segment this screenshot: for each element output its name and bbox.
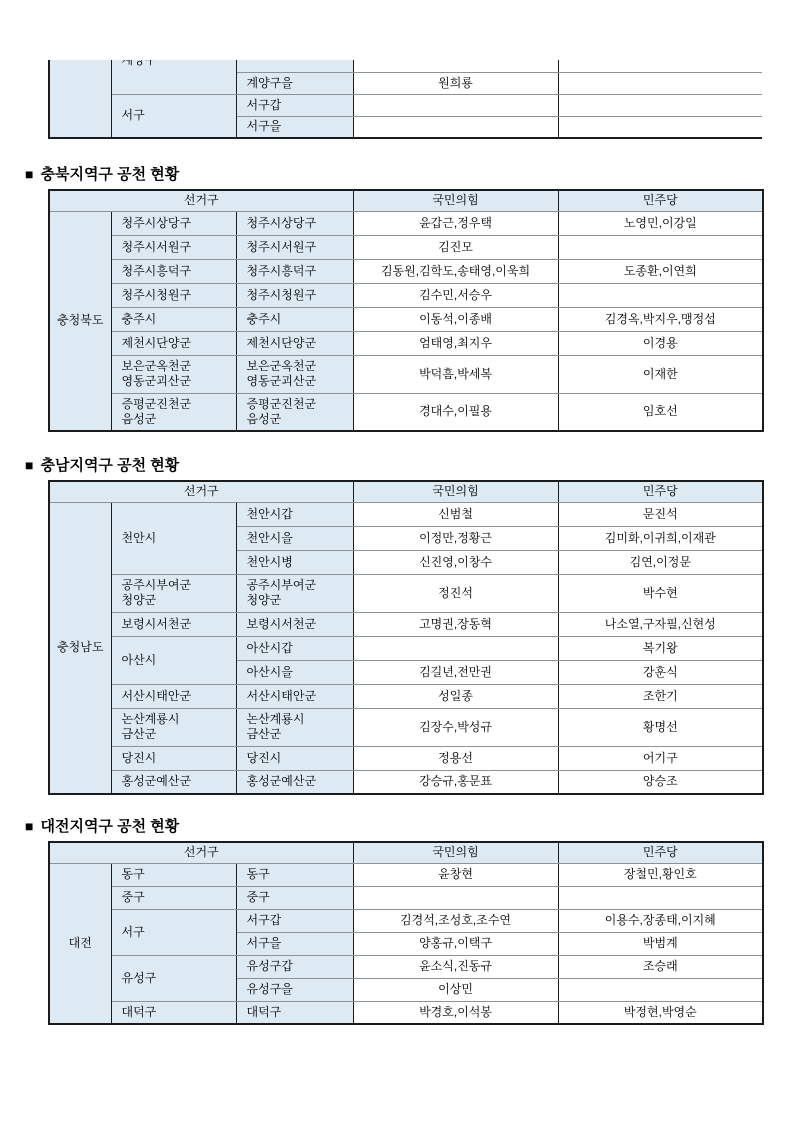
district-cell: 당진시	[111, 746, 236, 770]
section-chungnam: ■충남지역구 공천 현황 선거구국민의힘민주당충청남도천안시천안시갑신범철문진석…	[48, 456, 762, 795]
square-bullet-icon: ■	[25, 166, 33, 182]
subdistrict-cell: 동구	[236, 863, 353, 886]
subdistrict-cell: 서구갑	[236, 94, 353, 116]
dp-candidates-cell: 김연,이정문	[558, 550, 763, 574]
subdistrict-cell	[236, 60, 353, 72]
subdistrict-cell: 제천시단양군	[236, 331, 353, 355]
subdistrict-cell: 서산시태안군	[236, 684, 353, 708]
header-constituency: 선거구	[49, 481, 353, 502]
district-cell: 증평군진천군 음성군	[111, 393, 236, 431]
table-row: 보령시서천군보령시서천군고명권,장동혁나소열,구자필,신현성	[49, 612, 763, 636]
dp-candidates-cell: 임호선	[558, 393, 763, 431]
district-cell: 보령시서천군	[111, 612, 236, 636]
ppp-candidates-cell: 윤갑근,정우택	[353, 211, 558, 235]
district-cell: 서산시태안군	[111, 684, 236, 708]
header-ppp: 국민의힘	[353, 481, 558, 502]
ppp-candidates-cell: 정용선	[353, 746, 558, 770]
district-cell: 청주시서원구	[111, 235, 236, 259]
table-row: 충청북도청주시상당구청주시상당구윤갑근,정우택노영민,이강일	[49, 211, 763, 235]
dp-candidates-cell: 황명선	[558, 708, 763, 746]
table-header-row: 선거구국민의힘민주당	[49, 481, 763, 502]
subdistrict-cell: 홍성군예산군	[236, 770, 353, 794]
ppp-candidates-cell: 경대수,이필용	[353, 393, 558, 431]
subdistrict-cell: 유성구을	[236, 978, 353, 1001]
ppp-candidates-cell: 이동석,이종배	[353, 307, 558, 331]
district-cell: 청주시상당구	[111, 211, 236, 235]
ppp-candidates-cell: 김경석,조성호,조수연	[353, 909, 558, 932]
subdistrict-cell: 보은군옥천군 영동군괴산군	[236, 355, 353, 393]
ppp-candidates-cell: 윤소식,진동규	[353, 955, 558, 978]
subdistrict-cell: 논산계룡시 금산군	[236, 708, 353, 746]
table-row: 서구서구갑	[49, 94, 762, 116]
ppp-candidates-cell	[353, 886, 558, 909]
dp-candidates-cell	[558, 283, 763, 307]
table-row: 청주시청원구청주시청원구김수민,서승우	[49, 283, 763, 307]
dp-candidates-cell: 이용수,장종태,이지혜	[558, 909, 763, 932]
district-cell: 서구	[111, 94, 236, 138]
nomination-table-incheon-partial: 계양구계양구을원희룡서구서구갑서구을	[48, 60, 762, 139]
dp-candidates-cell: 김미화,이귀희,이재관	[558, 526, 763, 550]
dp-candidates-cell: 문진석	[558, 502, 763, 526]
ppp-candidates-cell: 양홍규,이택구	[353, 932, 558, 955]
section-heading: ■대전지역구 공천 현황	[25, 817, 762, 836]
header-constituency: 선거구	[49, 190, 353, 211]
table-row: 보은군옥천군 영동군괴산군보은군옥천군 영동군괴산군박덕흠,박세복이재한	[49, 355, 763, 393]
subdistrict-cell: 계양구을	[236, 72, 353, 94]
header-ppp: 국민의힘	[353, 190, 558, 211]
document-page: 계양구계양구을원희룡서구서구갑서구을 ■충북지역구 공천 현황 선거구국민의힘민…	[0, 0, 794, 1123]
square-bullet-icon: ■	[25, 818, 33, 834]
header-constituency: 선거구	[49, 842, 353, 863]
nomination-table-daejeon: 선거구국민의힘민주당대전동구동구윤창현장철민,황인호중구중구서구서구갑김경석,조…	[48, 841, 764, 1025]
region-cell	[49, 60, 111, 138]
subdistrict-cell: 청주시흥덕구	[236, 259, 353, 283]
ppp-candidates-cell: 고명권,장동혁	[353, 612, 558, 636]
subdistrict-cell: 충주시	[236, 307, 353, 331]
subdistrict-cell: 서구을	[236, 116, 353, 138]
incheon-table-continuation-clipped: 계양구계양구을원희룡서구서구갑서구을	[48, 60, 762, 144]
district-cell: 중구	[111, 886, 236, 909]
table-row: 서산시태안군서산시태안군성일종조한기	[49, 684, 763, 708]
district-cell: 제천시단양군	[111, 331, 236, 355]
subdistrict-cell: 서구갑	[236, 909, 353, 932]
subdistrict-cell: 공주시부여군 청양군	[236, 574, 353, 612]
dp-candidates-cell	[558, 94, 762, 116]
district-cell: 공주시부여군 청양군	[111, 574, 236, 612]
district-cell: 보은군옥천군 영동군괴산군	[111, 355, 236, 393]
ppp-candidates-cell: 신범철	[353, 502, 558, 526]
dp-candidates-cell: 복기왕	[558, 636, 763, 660]
header-dp: 민주당	[558, 842, 763, 863]
table-row: 유성구유성구갑윤소식,진동규조승래	[49, 955, 763, 978]
district-cell: 홍성군예산군	[111, 770, 236, 794]
subdistrict-cell: 증평군진천군 음성군	[236, 393, 353, 431]
section-chungbuk: ■충북지역구 공천 현황 선거구국민의힘민주당충청북도청주시상당구청주시상당구윤…	[48, 165, 762, 432]
subdistrict-cell: 천안시병	[236, 550, 353, 574]
header-dp: 민주당	[558, 190, 763, 211]
ppp-candidates-cell: 이정만,정황근	[353, 526, 558, 550]
subdistrict-cell: 청주시청원구	[236, 283, 353, 307]
table-row: 대덕구대덕구박경호,이석봉박정현,박영순	[49, 1001, 763, 1024]
ppp-candidates-cell: 원희룡	[353, 72, 558, 94]
nomination-table-chungbuk: 선거구국민의힘민주당충청북도청주시상당구청주시상당구윤갑근,정우택노영민,이강일…	[48, 189, 764, 432]
subdistrict-cell: 아산시갑	[236, 636, 353, 660]
table-row: 아산시아산시갑복기왕	[49, 636, 763, 660]
district-cell: 천안시	[111, 502, 236, 574]
ppp-candidates-cell: 엄태영,최지우	[353, 331, 558, 355]
subdistrict-cell: 천안시을	[236, 526, 353, 550]
dp-candidates-cell: 김경옥,박지우,맹정섭	[558, 307, 763, 331]
table-row: 청주시흥덕구청주시흥덕구김동원,김학도,송태영,이욱희도종환,이연희	[49, 259, 763, 283]
table-row: 서구서구갑김경석,조성호,조수연이용수,장종태,이지혜	[49, 909, 763, 932]
ppp-candidates-cell: 김수민,서승우	[353, 283, 558, 307]
district-cell: 대덕구	[111, 1001, 236, 1024]
district-cell: 청주시청원구	[111, 283, 236, 307]
table-row: 논산계룡시 금산군논산계룡시 금산군김장수,박성규황명선	[49, 708, 763, 746]
ppp-candidates-cell: 성일종	[353, 684, 558, 708]
dp-candidates-cell	[558, 116, 762, 138]
dp-candidates-cell: 박범계	[558, 932, 763, 955]
table-row: 홍성군예산군홍성군예산군강승규,홍문표양승조	[49, 770, 763, 794]
dp-candidates-cell: 장철민,황인호	[558, 863, 763, 886]
table-row: 당진시당진시정용선어기구	[49, 746, 763, 770]
dp-candidates-cell: 도종환,이연희	[558, 259, 763, 283]
ppp-candidates-cell: 김길년,전만권	[353, 660, 558, 684]
table-row: 증평군진천군 음성군증평군진천군 음성군경대수,이필용임호선	[49, 393, 763, 431]
ppp-candidates-cell: 김동원,김학도,송태영,이욱희	[353, 259, 558, 283]
district-cell: 논산계룡시 금산군	[111, 708, 236, 746]
table-row: 중구중구	[49, 886, 763, 909]
section-title: 충남지역구 공천 현황	[40, 457, 179, 474]
dp-candidates-cell	[558, 72, 762, 94]
dp-candidates-cell: 조한기	[558, 684, 763, 708]
region-cell: 대전	[49, 863, 111, 1024]
subdistrict-cell: 천안시갑	[236, 502, 353, 526]
dp-candidates-cell: 박정현,박영순	[558, 1001, 763, 1024]
dp-candidates-cell: 양승조	[558, 770, 763, 794]
district-cell: 동구	[111, 863, 236, 886]
district-cell: 청주시흥덕구	[111, 259, 236, 283]
dp-candidates-cell: 조승래	[558, 955, 763, 978]
table-row: 계양구	[49, 60, 762, 72]
ppp-candidates-cell: 김진모	[353, 235, 558, 259]
district-cell: 서구	[111, 909, 236, 955]
subdistrict-cell: 청주시상당구	[236, 211, 353, 235]
ppp-candidates-cell: 강승규,홍문표	[353, 770, 558, 794]
section-heading: ■충남지역구 공천 현황	[25, 456, 762, 475]
subdistrict-cell: 청주시서원구	[236, 235, 353, 259]
table-row: 충청남도천안시천안시갑신범철문진석	[49, 502, 763, 526]
section-title: 대전지역구 공천 현황	[40, 818, 179, 835]
ppp-candidates-cell: 윤창현	[353, 863, 558, 886]
section-title: 충북지역구 공천 현황	[40, 166, 179, 183]
table-header-row: 선거구국민의힘민주당	[49, 190, 763, 211]
table-row: 제천시단양군제천시단양군엄태영,최지우이경용	[49, 331, 763, 355]
region-cell: 충청남도	[49, 502, 111, 794]
subdistrict-cell: 대덕구	[236, 1001, 353, 1024]
subdistrict-cell: 아산시을	[236, 660, 353, 684]
district-cell: 아산시	[111, 636, 236, 684]
subdistrict-cell: 유성구갑	[236, 955, 353, 978]
dp-candidates-cell: 박수현	[558, 574, 763, 612]
nomination-table-chungnam: 선거구국민의힘민주당충청남도천안시천안시갑신범철문진석천안시을이정만,정황근김미…	[48, 480, 764, 795]
ppp-candidates-cell: 박경호,이석봉	[353, 1001, 558, 1024]
subdistrict-cell: 서구을	[236, 932, 353, 955]
ppp-candidates-cell: 신진영,이창수	[353, 550, 558, 574]
district-cell: 계양구	[111, 60, 236, 94]
dp-candidates-cell: 나소열,구자필,신현성	[558, 612, 763, 636]
table-header-row: 선거구국민의힘민주당	[49, 842, 763, 863]
table-row: 공주시부여군 청양군공주시부여군 청양군정진석박수현	[49, 574, 763, 612]
ppp-candidates-cell	[353, 116, 558, 138]
district-cell: 충주시	[111, 307, 236, 331]
ppp-candidates-cell: 김장수,박성규	[353, 708, 558, 746]
ppp-candidates-cell	[353, 60, 558, 72]
header-dp: 민주당	[558, 481, 763, 502]
table-row: 충주시충주시이동석,이종배김경옥,박지우,맹정섭	[49, 307, 763, 331]
header-ppp: 국민의힘	[353, 842, 558, 863]
dp-candidates-cell	[558, 886, 763, 909]
subdistrict-cell: 중구	[236, 886, 353, 909]
dp-candidates-cell: 이경용	[558, 331, 763, 355]
dp-candidates-cell	[558, 60, 762, 72]
section-heading: ■충북지역구 공천 현황	[25, 165, 762, 184]
subdistrict-cell: 당진시	[236, 746, 353, 770]
ppp-candidates-cell	[353, 94, 558, 116]
dp-candidates-cell: 이재한	[558, 355, 763, 393]
dp-candidates-cell: 노영민,이강일	[558, 211, 763, 235]
ppp-candidates-cell: 정진석	[353, 574, 558, 612]
dp-candidates-cell	[558, 235, 763, 259]
dp-candidates-cell: 어기구	[558, 746, 763, 770]
dp-candidates-cell: 강훈식	[558, 660, 763, 684]
ppp-candidates-cell: 이상민	[353, 978, 558, 1001]
dp-candidates-cell	[558, 978, 763, 1001]
region-cell: 충청북도	[49, 211, 111, 431]
table-row: 청주시서원구청주시서원구김진모	[49, 235, 763, 259]
district-cell: 유성구	[111, 955, 236, 1001]
subdistrict-cell: 보령시서천군	[236, 612, 353, 636]
table-row: 대전동구동구윤창현장철민,황인호	[49, 863, 763, 886]
square-bullet-icon: ■	[25, 457, 33, 473]
ppp-candidates-cell	[353, 636, 558, 660]
section-daejeon: ■대전지역구 공천 현황 선거구국민의힘민주당대전동구동구윤창현장철민,황인호중…	[48, 817, 762, 1025]
ppp-candidates-cell: 박덕흠,박세복	[353, 355, 558, 393]
